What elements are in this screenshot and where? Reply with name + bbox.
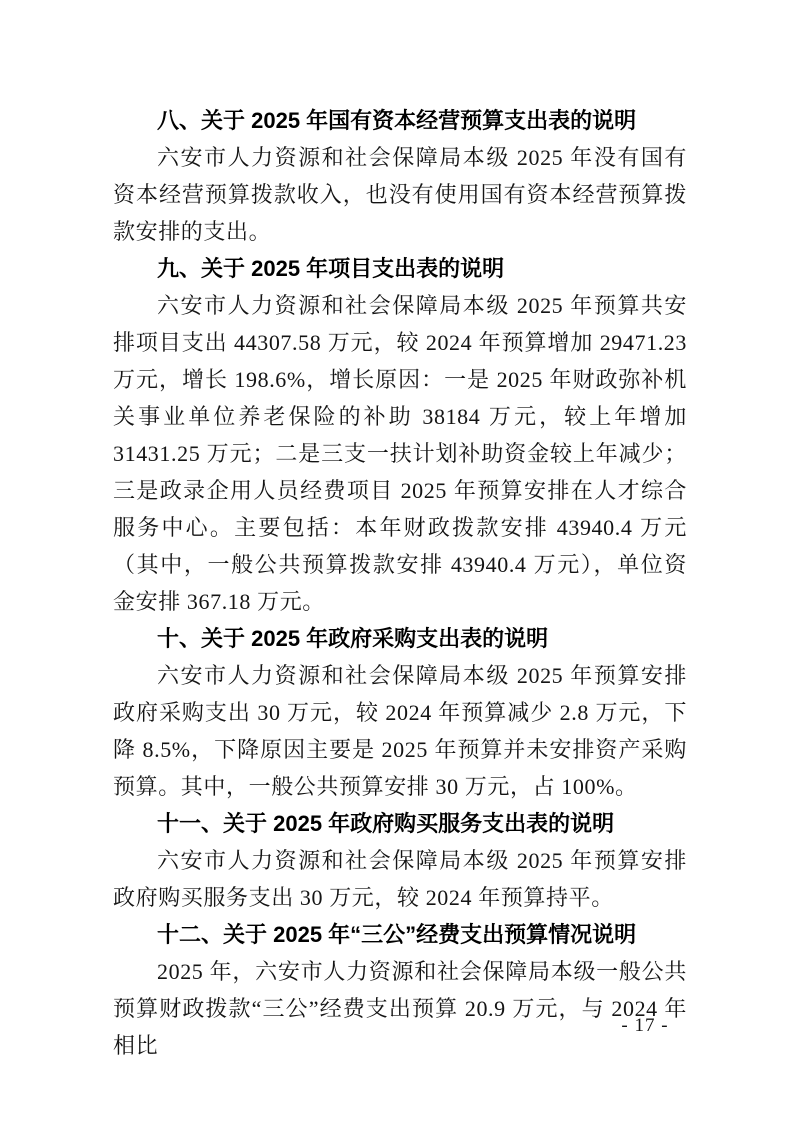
page-number: - 17 - [610,1015,680,1037]
document-body: 八、关于 2025 年国有资本经营预算支出表的说明 六安市人力资源和社会保障局本… [113,102,687,1064]
section-government-procurement: 十、关于 2025 年政府采购支出表的说明 六安市人力资源和社会保障局本级 20… [113,620,687,805]
section-heading: 八、关于 2025 年国有资本经营预算支出表的说明 [113,102,687,139]
section-paragraph: 六安市人力资源和社会保障局本级 2025 年预算安排政府购买服务支出 30 万元… [113,842,687,916]
section-paragraph: 2025 年，六安市人力资源和社会保障局本级一般公共预算财政拨款“三公”经费支出… [113,953,687,1064]
section-heading: 十、关于 2025 年政府采购支出表的说明 [113,620,687,657]
section-three-public-expenses: 十二、关于 2025 年“三公”经费支出预算情况说明 2025 年，六安市人力资… [113,916,687,1064]
section-heading: 十一、关于 2025 年政府购买服务支出表的说明 [113,805,687,842]
section-paragraph: 六安市人力资源和社会保障局本级 2025 年预算共安排项目支出 44307.58… [113,287,687,620]
section-paragraph: 六安市人力资源和社会保障局本级 2025 年没有国有资本经营预算拨款收入，也没有… [113,139,687,250]
section-state-capital-budget: 八、关于 2025 年国有资本经营预算支出表的说明 六安市人力资源和社会保障局本… [113,102,687,250]
section-paragraph: 六安市人力资源和社会保障局本级 2025 年预算安排政府采购支出 30 万元，较… [113,657,687,805]
section-purchased-services: 十一、关于 2025 年政府购买服务支出表的说明 六安市人力资源和社会保障局本级… [113,805,687,916]
section-project-expenditure: 九、关于 2025 年项目支出表的说明 六安市人力资源和社会保障局本级 2025… [113,250,687,620]
document-page: 八、关于 2025 年国有资本经营预算支出表的说明 六安市人力资源和社会保障局本… [0,0,793,1122]
section-heading: 十二、关于 2025 年“三公”经费支出预算情况说明 [113,916,687,953]
section-heading: 九、关于 2025 年项目支出表的说明 [113,250,687,287]
